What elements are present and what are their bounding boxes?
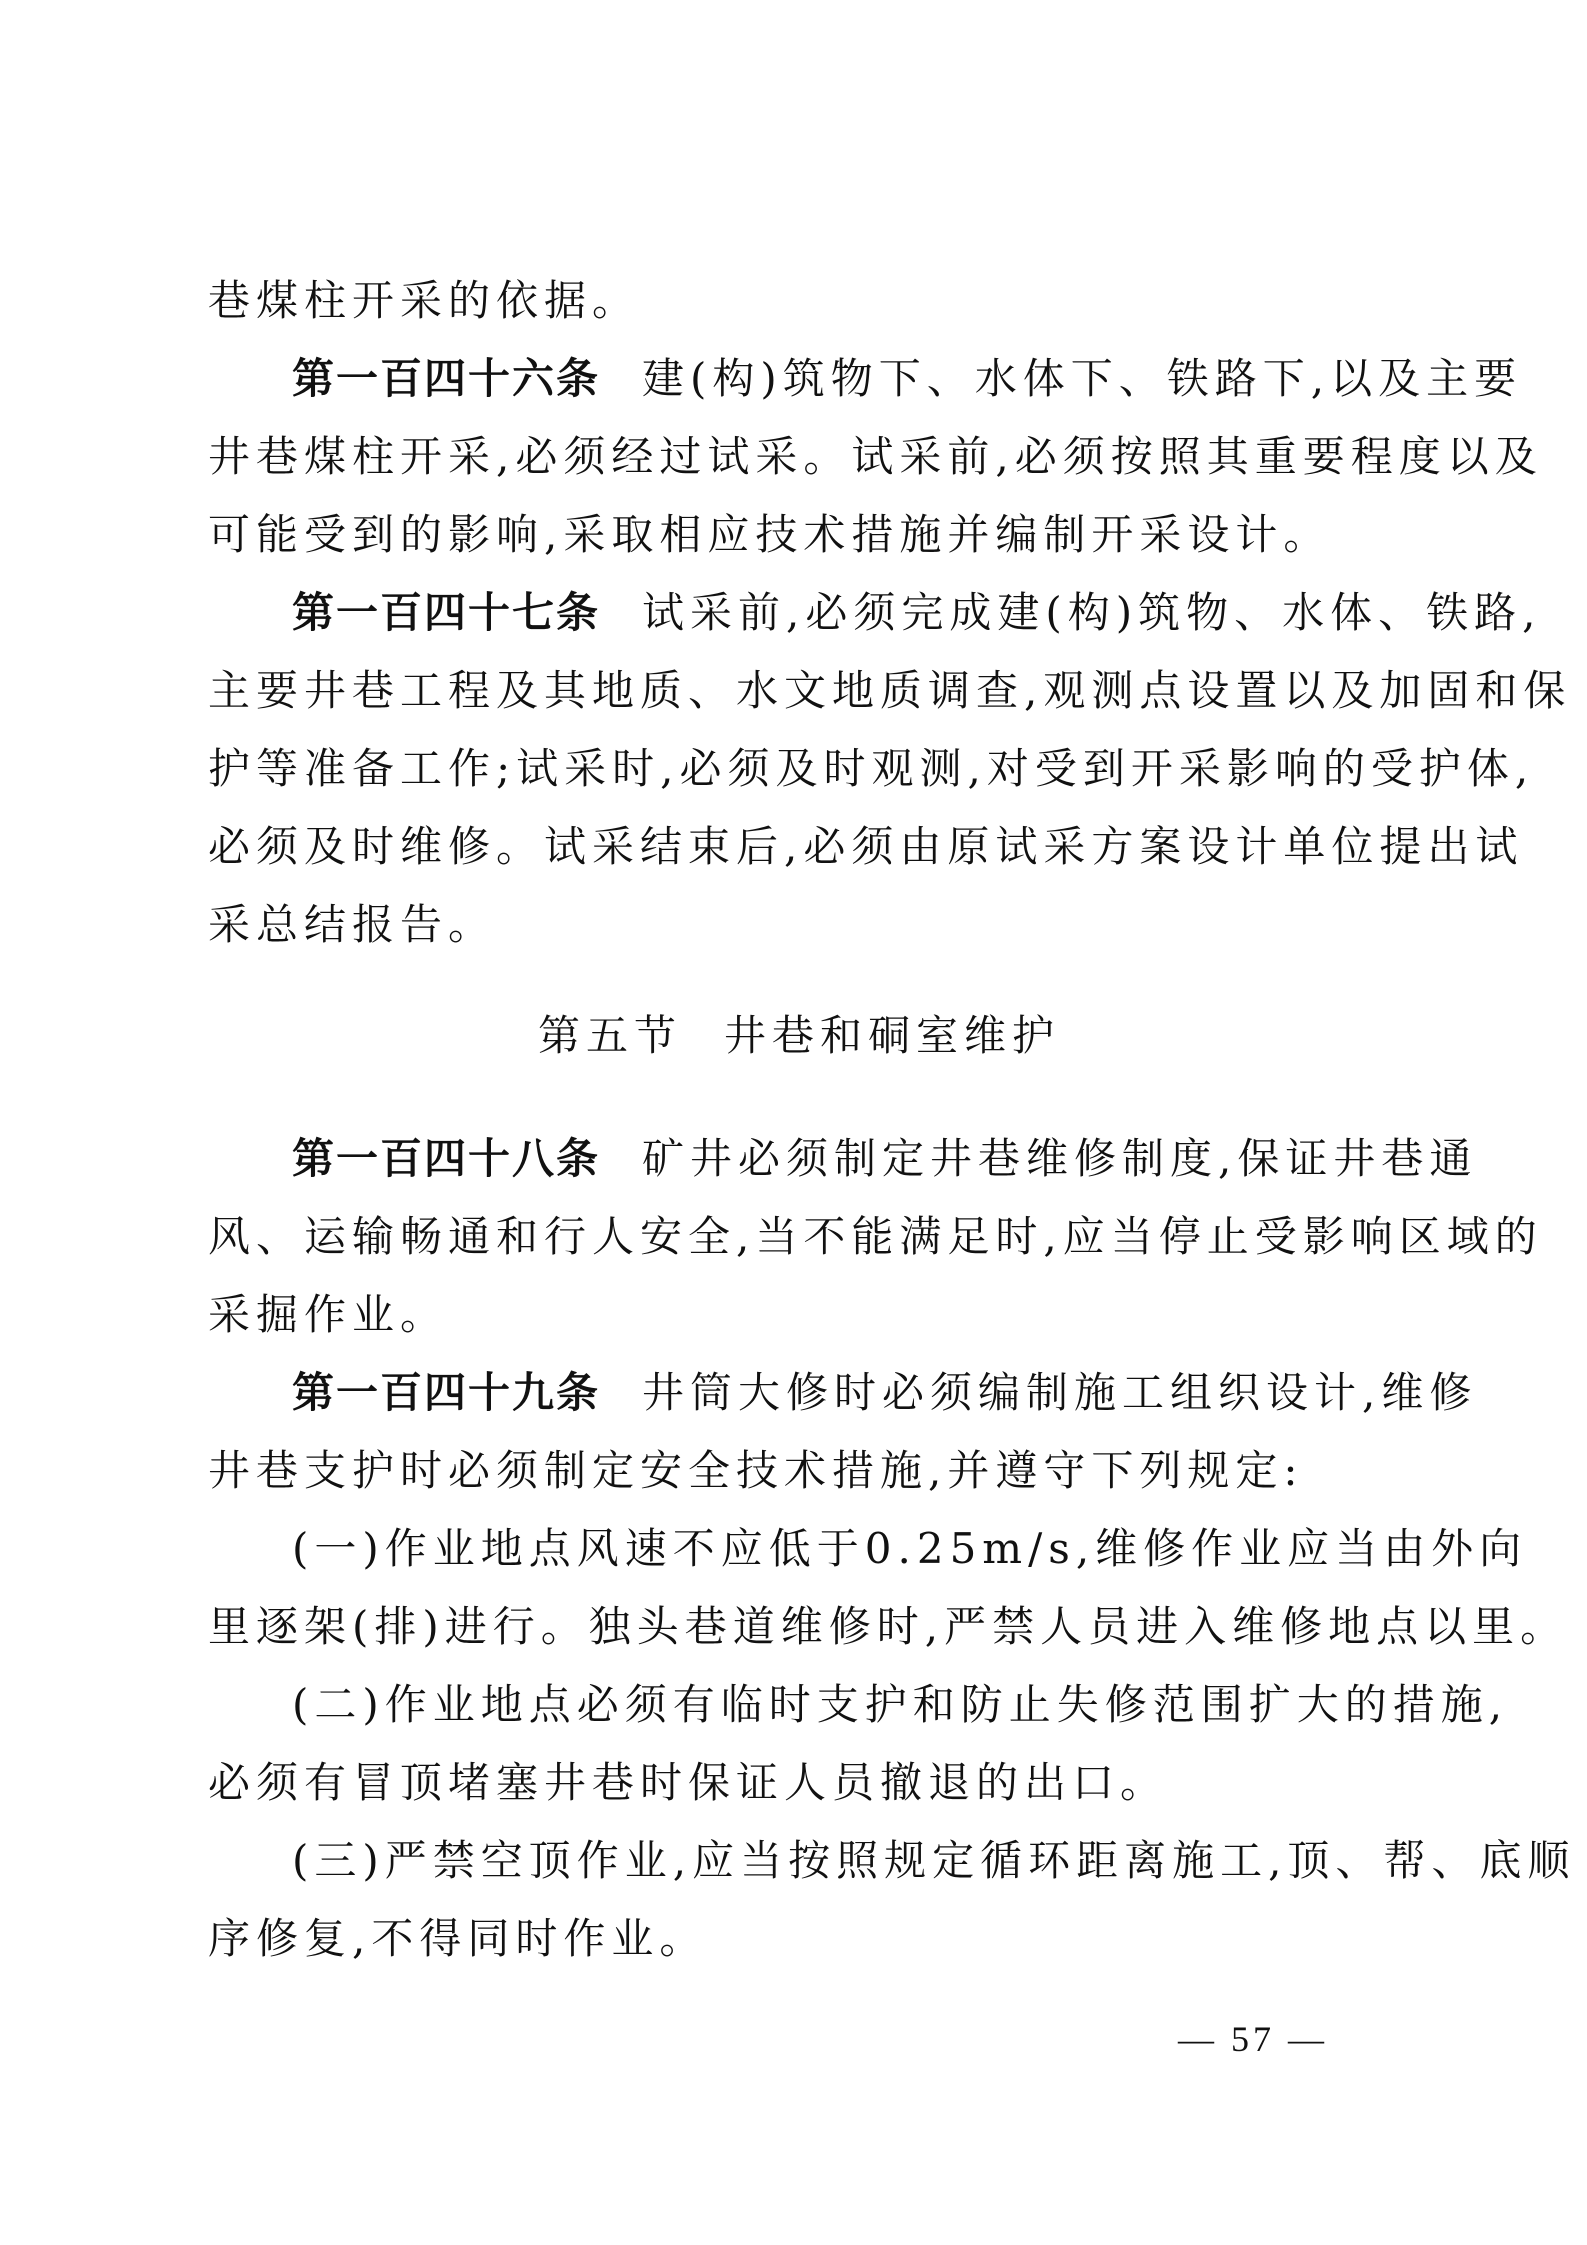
text-line: 井巷煤柱开采,必须经过试采。试采前,必须按照其重要程度以及 <box>208 418 1390 496</box>
text-span: 矿井必须制定井巷维修制度,保证井巷通 <box>642 1134 1477 1183</box>
article-148-line-1: 第一百四十八条矿井必须制定井巷维修制度,保证井巷通 <box>208 1120 1390 1198</box>
article-147-line-1: 第一百四十七条试采前,必须完成建(构)筑物、水体、铁路, <box>208 574 1390 652</box>
text-line: 巷煤柱开采的依据。 <box>208 262 1390 340</box>
text-line: 井巷支护时必须制定安全技术措施,并遵守下列规定: <box>208 1432 1390 1510</box>
page-number-value: 57 <box>1231 2019 1275 2059</box>
article-heading: 第一百四十七条 <box>292 588 600 637</box>
text-line: 可能受到的影响,采取相应技术措施并编制开采设计。 <box>208 496 1390 574</box>
clause-1-line-1: (一)作业地点风速不应低于0.25m/s,维修作业应当由外向 <box>208 1510 1390 1588</box>
page-number: — 57 — <box>1178 2018 1328 2060</box>
text-line: 序修复,不得同时作业。 <box>208 1900 1390 1978</box>
article-heading: 第一百四十八条 <box>292 1134 600 1183</box>
text-line: 护等准备工作;试采时,必须及时观测,对受到开采影响的受护体, <box>208 730 1390 808</box>
text-line: 里逐架(排)进行。独头巷道维修时,严禁人员进入维修地点以里。 <box>208 1588 1390 1666</box>
section-title: 井巷和硐室维护 <box>724 1011 1060 1060</box>
clause-2-line-1: (二)作业地点必须有临时支护和防止失修范围扩大的措施, <box>208 1666 1390 1744</box>
text-span: 井筒大修时必须编制施工组织设计,维修 <box>642 1368 1477 1417</box>
clause-3-line-1: (三)严禁空顶作业,应当按照规定循环距离施工,顶、帮、底顺 <box>208 1822 1390 1900</box>
text-line: 主要井巷工程及其地质、水文地质调查,观测点设置以及加固和保 <box>208 652 1390 730</box>
article-heading: 第一百四十九条 <box>292 1368 600 1417</box>
article-heading: 第一百四十六条 <box>292 354 600 403</box>
text-line: 采掘作业。 <box>208 1276 1390 1354</box>
article-146-line-1: 第一百四十六条建(构)筑物下、水体下、铁路下,以及主要 <box>208 340 1390 418</box>
text-line: 必须及时维修。试采结束后,必须由原试采方案设计单位提出试 <box>208 808 1390 886</box>
document-page: 巷煤柱开采的依据。 第一百四十六条建(构)筑物下、水体下、铁路下,以及主要 井巷… <box>208 262 1390 1978</box>
text-line: 采总结报告。 <box>208 886 1390 964</box>
text-line: 风、运输畅通和行人安全,当不能满足时,应当停止受影响区域的 <box>208 1198 1390 1276</box>
section-heading: 第五节井巷和硐室维护 <box>208 997 1390 1075</box>
article-149-line-1: 第一百四十九条井筒大修时必须编制施工组织设计,维修 <box>208 1354 1390 1432</box>
section-number: 第五节 <box>538 1011 682 1060</box>
text-line: 必须有冒顶堵塞井巷时保证人员撤退的出口。 <box>208 1744 1390 1822</box>
text-span: 建(构)筑物下、水体下、铁路下,以及主要 <box>642 354 1522 403</box>
text-span: 试采前,必须完成建(构)筑物、水体、铁路, <box>642 588 1541 637</box>
